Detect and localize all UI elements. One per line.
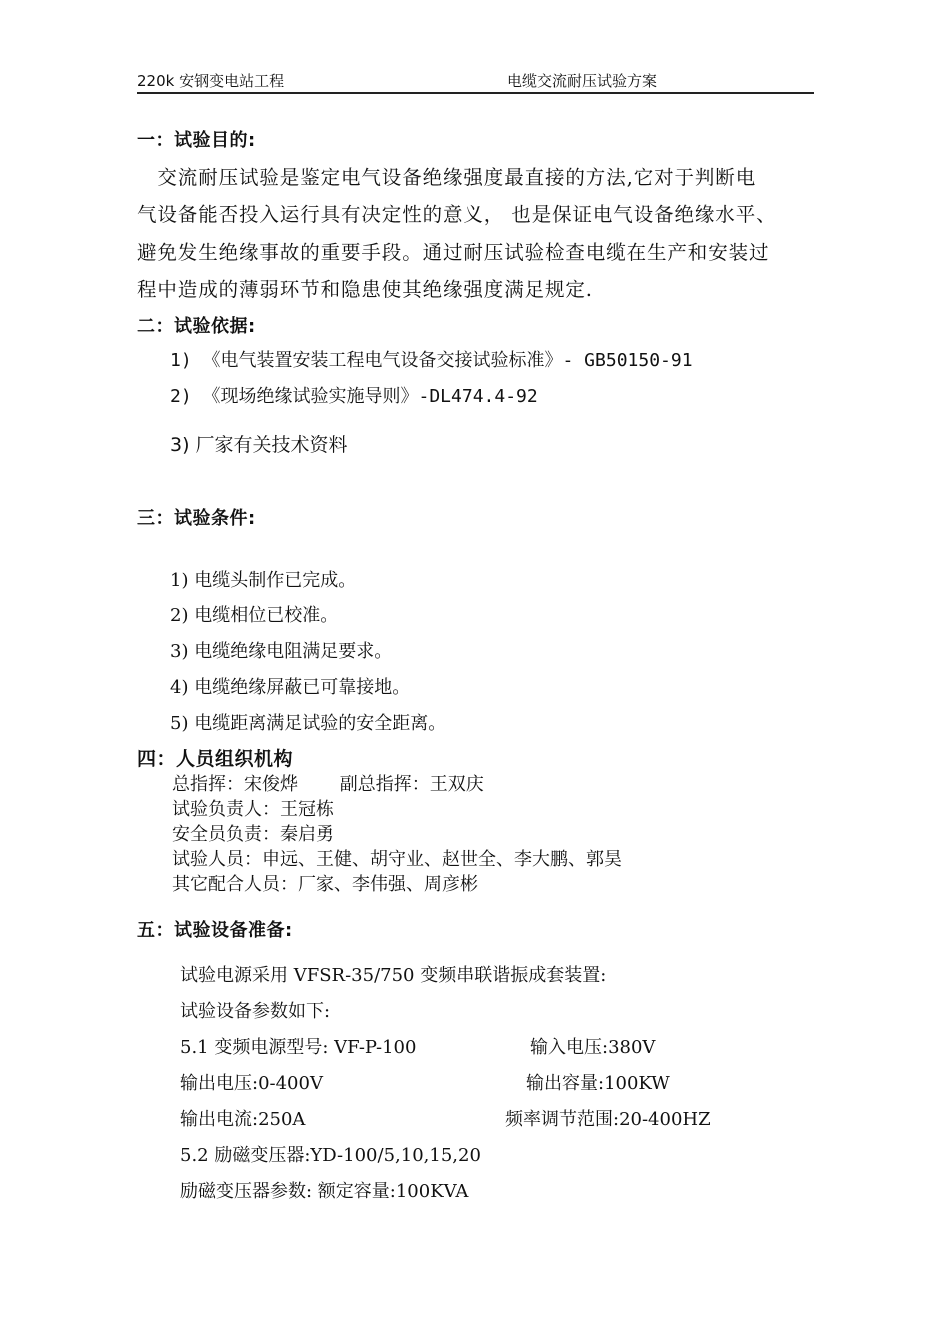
basis-item: 3) 厂家有关技术资料 [170,430,348,457]
section-1-paragraph-line: 避免发生绝缘事故的重要手段。通过耐压试验检查电缆在生产和安装过 [137,237,769,265]
org-line-commanders: 总指挥：宋俊烨 副总指挥：王双庆 [172,770,484,796]
power-source-intro: 试验电源采用 VFSR-35/750 变频串联谐振成套装置: [180,961,606,987]
params-label: 试验设备参数如下: [180,997,330,1023]
basis-item: 1) 《电气装置安装工程电气设备交接试验标准》- GB50150-91 [170,346,693,372]
org-line-test-personnel: 试验人员：申远、王健、胡守业、赵世全、李大鹏、郭昊 [172,845,622,871]
org-line-safety-officer: 安全员负责：秦启勇 [172,820,334,846]
section-1-paragraph-line: 程中造成的薄弱环节和隐患使其绝缘强度满足规定. [137,274,593,302]
param-right: 频率调节范围:20-400HZ [505,1105,711,1131]
exciter-transformer-params: 励磁变压器参数: 额定容量:100KVA [180,1177,468,1203]
condition-item: 4) 电缆绝缘屏蔽已可靠接地。 [170,673,410,699]
section-3-heading: 三：试验条件: [137,504,256,530]
section-1-paragraph-line: 气设备能否投入运行具有决定性的意义， 也是保证电气设备绝缘水平、 [137,199,777,227]
section-1-heading: 一：试验目的: [137,126,256,152]
condition-item: 3) 电缆绝缘电阻满足要求。 [170,637,392,663]
exciter-transformer-model: 5.2 励磁变压器:YD-100/5,10,15,20 [180,1141,481,1167]
org-line-test-lead: 试验负责人：王冠栋 [172,795,334,821]
param-right: 输出容量:100KW [526,1069,670,1095]
condition-item: 5) 电缆距离满足试验的安全距离。 [170,709,446,735]
condition-item: 1) 电缆头制作已完成。 [170,566,356,592]
section-1-paragraph-line: 交流耐压试验是鉴定电气设备绝缘强度最直接的方法,它对于判断电 [137,162,756,190]
param-right: 输入电压:380V [530,1033,655,1059]
param-left: 输出电流:250A [180,1105,305,1131]
section-4-heading: 四：人员组织机构 [137,744,293,771]
header-project-name: 220k 安钢变电站工程 [137,70,284,91]
document-page: 220k 安钢变电站工程 电缆交流耐压试验方案 一：试验目的: 交流耐压试验是鉴… [0,0,950,1344]
param-left: 5.1 变频电源型号: VF-P-100 [180,1033,416,1059]
section-2-heading: 二：试验依据: [137,312,256,338]
basis-item: 2) 《现场绝缘试验实施导则》-DL474.4-92 [170,382,538,408]
condition-item: 2) 电缆相位已校准。 [170,601,338,627]
section-5-heading: 五：试验设备准备: [137,916,293,942]
org-line-support-personnel: 其它配合人员：厂家、李伟强、周彦彬 [172,870,478,896]
param-left: 输出电压:0-400V [180,1069,323,1095]
header-document-title: 电缆交流耐压试验方案 [507,70,657,91]
page-header: 220k 安钢变电站工程 电缆交流耐压试验方案 [137,70,814,94]
